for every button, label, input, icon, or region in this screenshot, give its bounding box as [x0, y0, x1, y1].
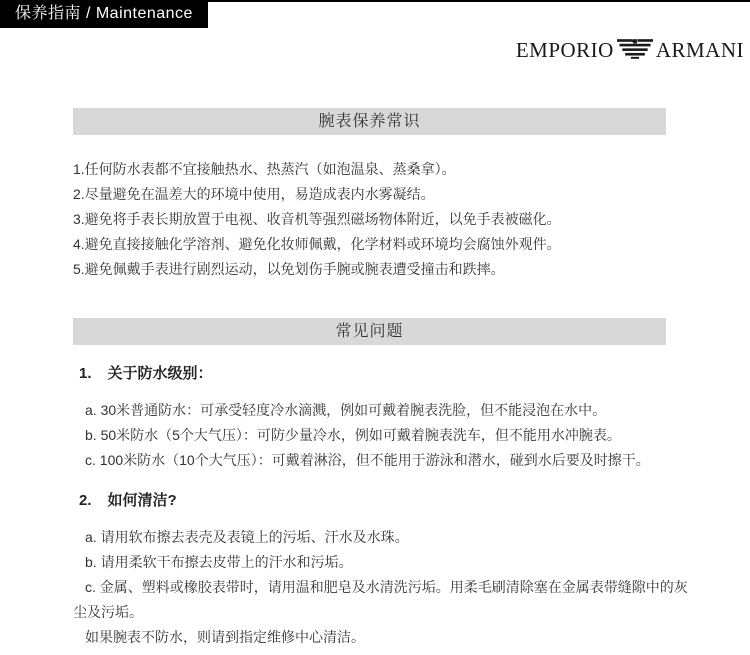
faq-answer: b. 50米防水（5个大气压）：可防少量冷水，例如可戴着腕表洗车，但不能用水冲腕…	[73, 423, 695, 448]
faq-question-text: 如何清洁?	[108, 492, 177, 509]
care-tip-3: 3.避免将手表长期放置于电视、收音机等强烈磁场物体附近，以免手表被磁化。	[73, 207, 718, 232]
faq-answer: c. 100米防水（10个大气压）：可戴着淋浴，但不能用于游泳和潜水，碰到水后要…	[73, 448, 695, 473]
brand-logo: EMPORIO ARMANI	[516, 39, 744, 61]
faq-question-water-resistance: 1.关于防水级别：	[79, 364, 695, 384]
section-title-care-tips: 腕表保养常识	[73, 108, 666, 135]
faq-question-cleaning: 2.如何清洁?	[79, 491, 695, 511]
faq-question-text: 关于防水级别：	[108, 365, 213, 382]
faq-answer: a. 请用软布擦去表壳及表镜上的污垢、汗水及水珠。	[73, 525, 695, 550]
faq-answer: 如果腕表不防水，则请到指定维修中心清洁。	[73, 625, 695, 650]
care-tip-1: 1.任何防水表都不宜接触热水、热蒸汽（如泡温泉、蒸桑拿）。	[73, 157, 718, 182]
faq-answer: a. 30米普通防水：可承受轻度冷水滴溅，例如可戴着腕表洗脸，但不能浸泡在水中。	[73, 398, 695, 423]
brand-text-emporio: EMPORIO	[516, 38, 614, 63]
care-tip-2: 2.尽量避免在温差大的环境中使用，易造成表内水雾凝结。	[73, 182, 718, 207]
faq-question-number: 2.	[79, 492, 92, 509]
faq-answer: b. 请用柔软干布擦去皮带上的汗水和污垢。	[73, 550, 695, 575]
faq-question-number: 1.	[79, 365, 92, 382]
care-tips-list: 1.任何防水表都不宜接触热水、热蒸汽（如泡温泉、蒸桑拿）。 2.尽量避免在温差大…	[73, 157, 718, 282]
faq-section: 1.关于防水级别： a. 30米普通防水：可承受轻度冷水滴溅，例如可戴着腕表洗脸…	[73, 364, 695, 650]
care-tip-5: 5.避免佩戴手表进行剧烈运动，以免划伤手腕或腕表遭受撞击和跌摔。	[73, 257, 718, 282]
faq-answer: c. 金属、塑料或橡胶表带时，请用温和肥皂及水清洗污垢。用柔毛刷清除塞在金属表带…	[73, 575, 695, 625]
maintenance-page: 保养指南 / Maintenance EMPORIO ARMANI 腕表保养常识…	[0, 0, 750, 655]
armani-eagle-icon	[617, 39, 653, 59]
maintenance-tab-label: 保养指南 / Maintenance	[0, 0, 208, 28]
brand-text-armani: ARMANI	[656, 38, 744, 63]
header-divider	[0, 0, 750, 2]
care-tip-4: 4.避免直接接触化学溶剂、避免化妆师佩戴，化学材料或环境均会腐蚀外观件。	[73, 232, 718, 257]
section-title-faq: 常见问题	[73, 318, 666, 345]
